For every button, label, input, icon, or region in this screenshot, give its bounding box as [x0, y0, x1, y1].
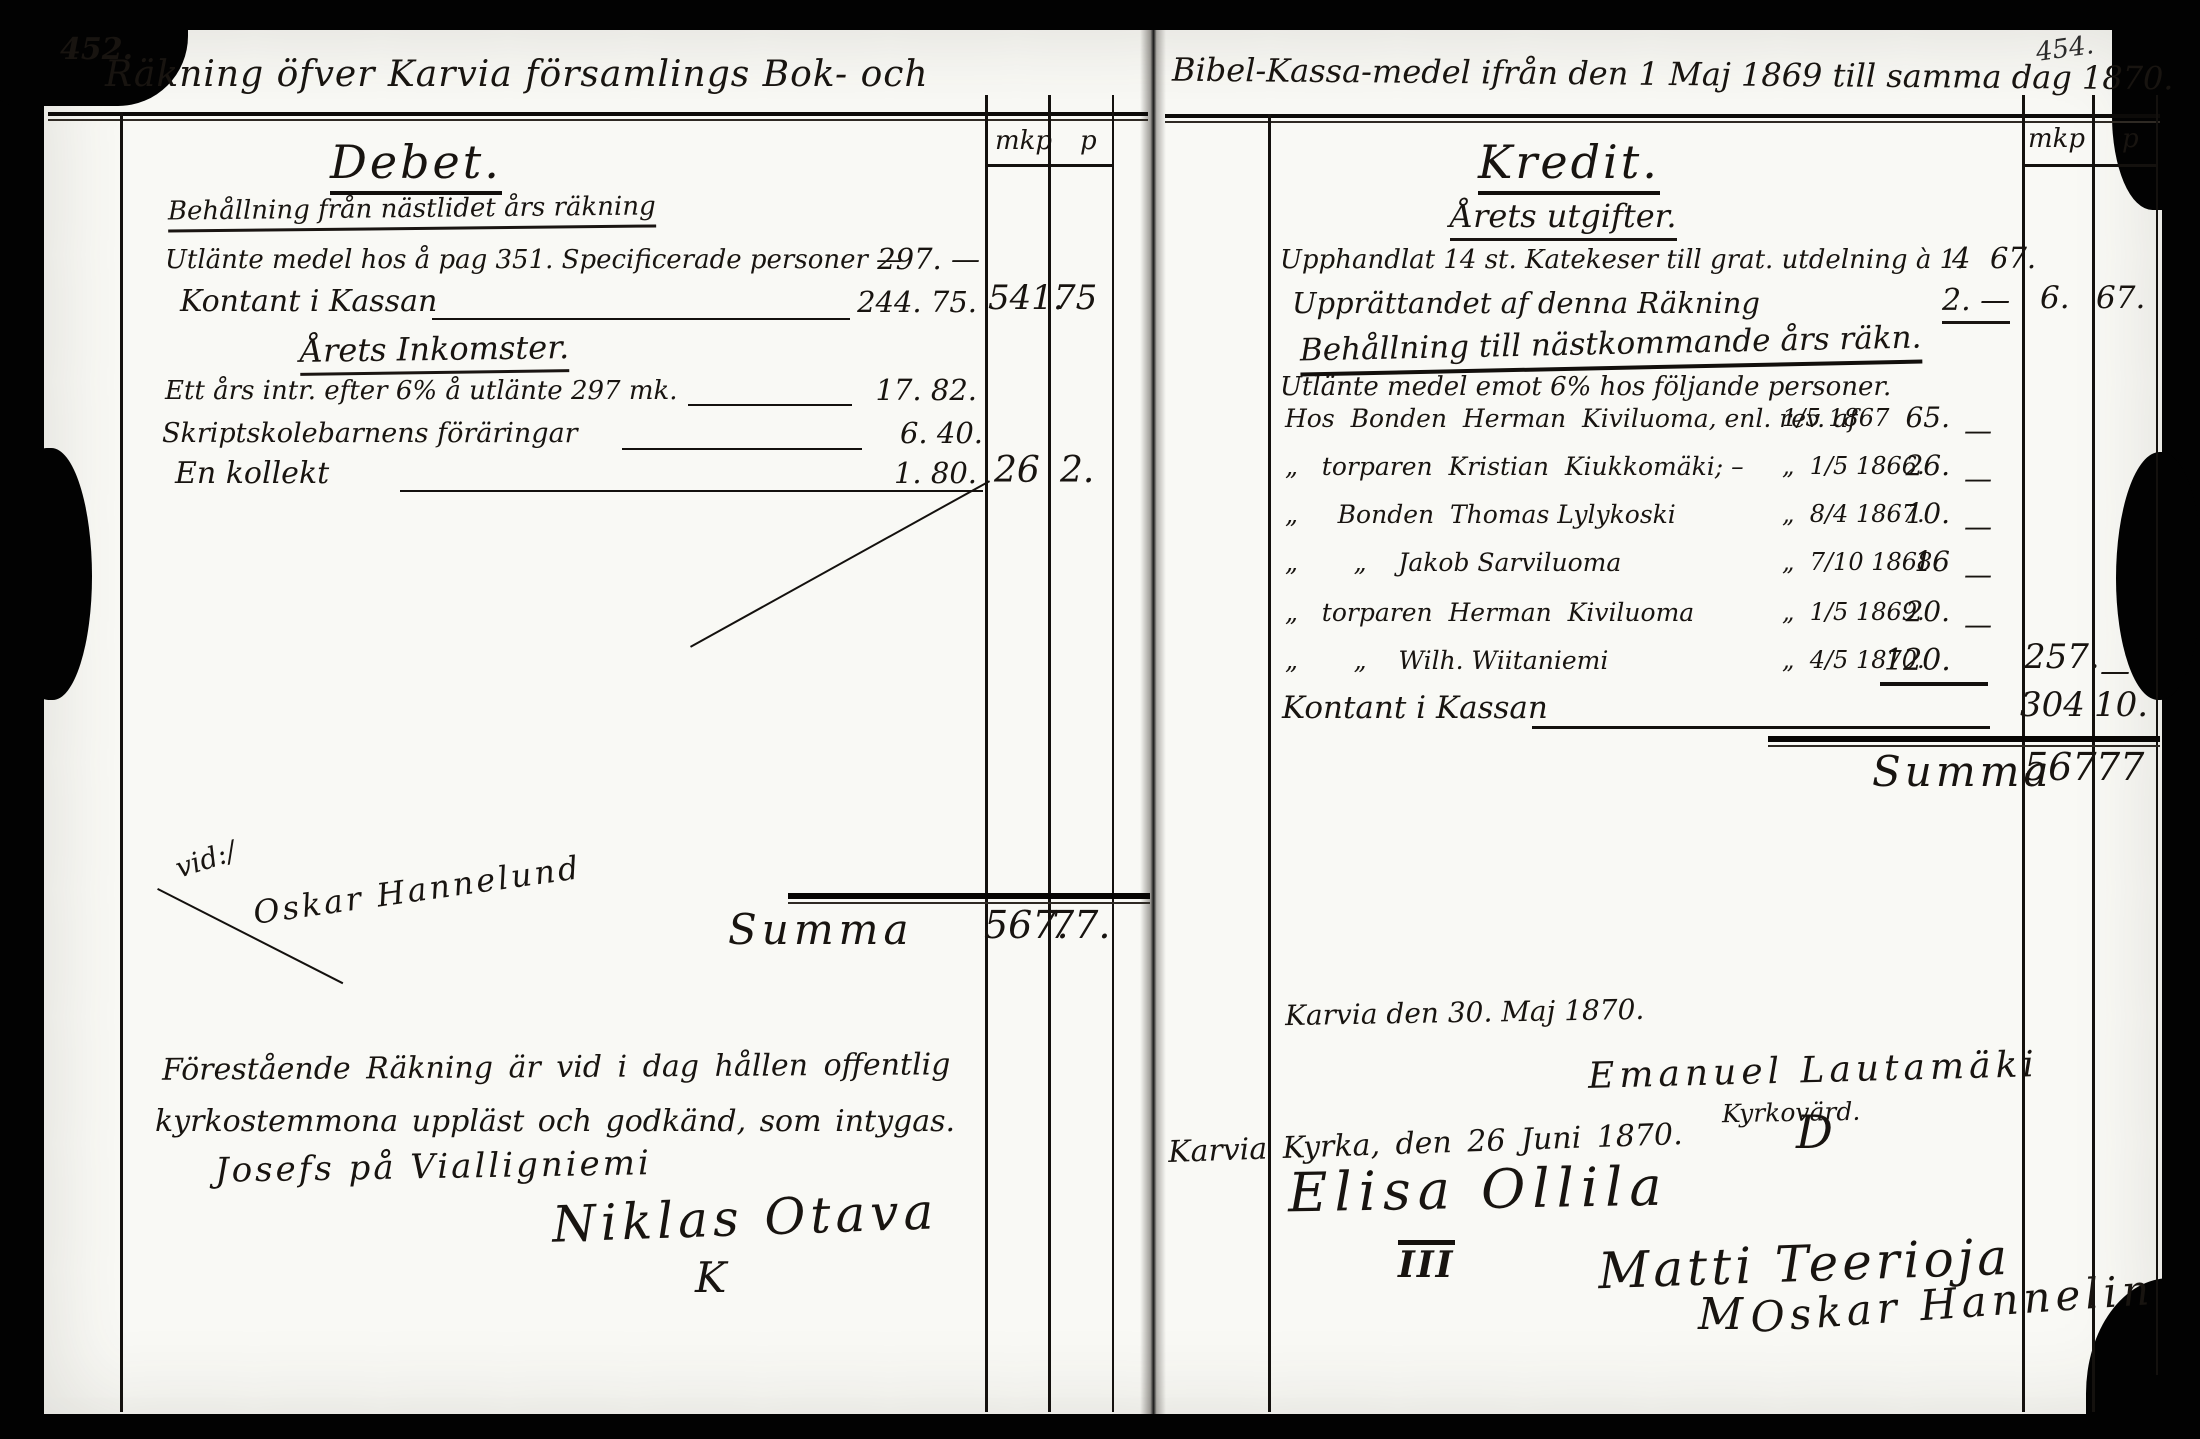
- loan-row-label: „ torparen Kristian Kiukkomäki; –: [1285, 454, 1744, 480]
- left-top-rule: [48, 112, 1148, 121]
- book-spread-paper: [42, 26, 2164, 1418]
- debet-row-p: 75: [1054, 281, 1097, 317]
- leader-line: [622, 448, 862, 450]
- kredit-row-label: Upprättandet af denna Räkning: [1292, 288, 1760, 318]
- kredit-row-p: 67.: [2096, 282, 2145, 315]
- left-margin-rule: [120, 112, 123, 1412]
- kredit-row-amount: 4: [1952, 243, 1970, 273]
- kredit-title: Kredit.: [1478, 138, 1660, 195]
- amount-underline: [1880, 682, 1988, 686]
- debet-row-label: En kollekt: [175, 458, 329, 490]
- kredit-summa-p: 77: [2096, 748, 2144, 788]
- right-col-rule-3: [2156, 95, 2158, 1375]
- debet-summa-p: 77.: [1050, 906, 1110, 946]
- debet-row-label: Utlänte medel hos å pag 351. Specificera…: [165, 247, 902, 274]
- left-col-header-mk: mkp: [995, 128, 1052, 155]
- debet-row-label: Skriptskolebarnens föräringar: [162, 420, 578, 448]
- loan-row-amount: 20.: [1892, 597, 1950, 626]
- loan-row-dash: —: [1964, 464, 1992, 493]
- kredit-row-mk: 6.: [2040, 282, 2070, 315]
- debet-row-mk: 541.: [988, 281, 1064, 317]
- right-top-rule: [1165, 114, 2160, 123]
- loan-row-dash: —: [1964, 512, 1992, 541]
- kredit-subtitle: Årets utgifter.: [1450, 200, 1677, 241]
- right-margin-rule: [1268, 114, 1271, 1412]
- debet-row-label: Kontant i Kassan: [180, 286, 437, 318]
- leader-line: [1532, 726, 1990, 729]
- debet-row-amount: 1. 80.: [852, 458, 977, 488]
- right-col-header-mk: mkp: [2028, 126, 2085, 153]
- leader-line: [688, 404, 852, 406]
- debet-row-amount: 297. —: [855, 244, 980, 274]
- attest-text-line: Förestående Räkning är vid i dag hållen …: [162, 1049, 951, 1086]
- scan-edge-right: [2162, 0, 2200, 1439]
- bomarke-mark: M: [1698, 1292, 1743, 1338]
- kredit-row-label: Upphandlat 14 st. Katekeser till grat. u…: [1280, 247, 1964, 274]
- scan-edge-left: [0, 0, 44, 1439]
- debet-section1-heading: Behållning från nästlidet års räkning: [168, 193, 656, 232]
- kredit-summa-mk: 567: [2024, 748, 2097, 788]
- attest-signature: Josefs på Vialligniemi: [215, 1146, 652, 1189]
- footer-signature: Elisa Ollila: [1288, 1159, 1670, 1222]
- debet-title: Debet.: [330, 138, 502, 195]
- loan-row-dash: —: [1964, 610, 1992, 639]
- debet-row-amount: 6. 40.: [858, 418, 983, 448]
- attest-signature: Niklas Otava: [551, 1185, 939, 1251]
- loan-row-p: —: [2100, 656, 2130, 688]
- loan-row-amount: 16: [1892, 547, 1950, 576]
- debet-row-label: Ett års intr. efter 6% å utlänte 297 mk.: [165, 378, 678, 405]
- debet-row-p: 2.: [1060, 452, 1094, 490]
- loan-row-date: 1/5 1867: [1782, 406, 1889, 431]
- bomarke-mark: III: [1398, 1240, 1455, 1285]
- scan-edge-top: [0, 0, 2200, 30]
- loan-row-mk: 257.: [2024, 640, 2100, 676]
- scan-thumb-left: [12, 448, 92, 700]
- debet-row-mk: 26: [994, 452, 1040, 490]
- kontant-p: 10.: [2094, 688, 2148, 724]
- kontant-label: Kontant i Kassan: [1282, 692, 1548, 725]
- loan-row-amount: 120.: [1884, 645, 1950, 677]
- loan-row-label: „ torparen Herman Kiviluoma: [1285, 600, 1694, 626]
- loan-row-label: Hos Bonden Herman Kiviluoma, enl. rev. a…: [1285, 406, 1857, 432]
- loan-row-dash: —: [1964, 560, 1992, 589]
- loan-row-amount: 65.: [1892, 403, 1950, 432]
- kredit-row-amount: 2. —: [1942, 285, 2010, 324]
- leader-line: [400, 490, 983, 492]
- debet-row-amount: 244. 75.: [852, 287, 977, 317]
- left-col-header-p: p: [1080, 128, 1097, 155]
- right-col-header-underline: [2022, 164, 2158, 167]
- right-col-header-p: p: [2122, 126, 2139, 153]
- debet-section2-heading: Årets Inkomster.: [300, 331, 570, 375]
- left-col-rule-3: [1112, 95, 1114, 1412]
- kredit-row-amount: 67.: [1990, 243, 2036, 273]
- loan-row-amount: 26.: [1892, 451, 1950, 480]
- left-header-script: Räkning öfver Karvia församlings Bok- oc…: [105, 56, 929, 94]
- loan-row-dash: —: [1964, 416, 1992, 445]
- loan-row-label: „ Bonden Thomas Lylykoski: [1285, 502, 1676, 528]
- leader-line: [432, 318, 850, 320]
- kontant-mk: 304: [2020, 688, 2085, 724]
- debet-row-amount: 17. 82.: [852, 375, 977, 405]
- loan-row-label: „ „ Wilh. Wiitaniemi: [1285, 648, 1608, 674]
- debet-summa-label: Summa: [728, 908, 914, 952]
- loan-row-label: „ „ Jakob Sarviluoma: [1285, 550, 1621, 576]
- kredit-subheading: Utlänte medel emot 6% hos följande perso…: [1280, 374, 1891, 401]
- loan-row-amount: 10.: [1892, 499, 1950, 528]
- ledger-scan: 452. Räkning öfver Karvia församlings Bo…: [0, 0, 2200, 1439]
- attest-text-line: kyrkostemmona uppläst och godkänd, som i…: [155, 1106, 955, 1138]
- signature-title: Kyrkovärd.: [1722, 1099, 1861, 1128]
- scan-edge-bottom: [0, 1414, 2200, 1439]
- right-header-script: Bibel-Kassa-medel ifrån den 1 Maj 1869 t…: [1172, 54, 2174, 96]
- paraph-mark: D: [1796, 1108, 1833, 1156]
- signature-mark: K: [695, 1256, 726, 1300]
- book-spine-shadow: [1140, 26, 1166, 1418]
- dateline: Karvia den 30. Maj 1870.: [1285, 995, 1645, 1031]
